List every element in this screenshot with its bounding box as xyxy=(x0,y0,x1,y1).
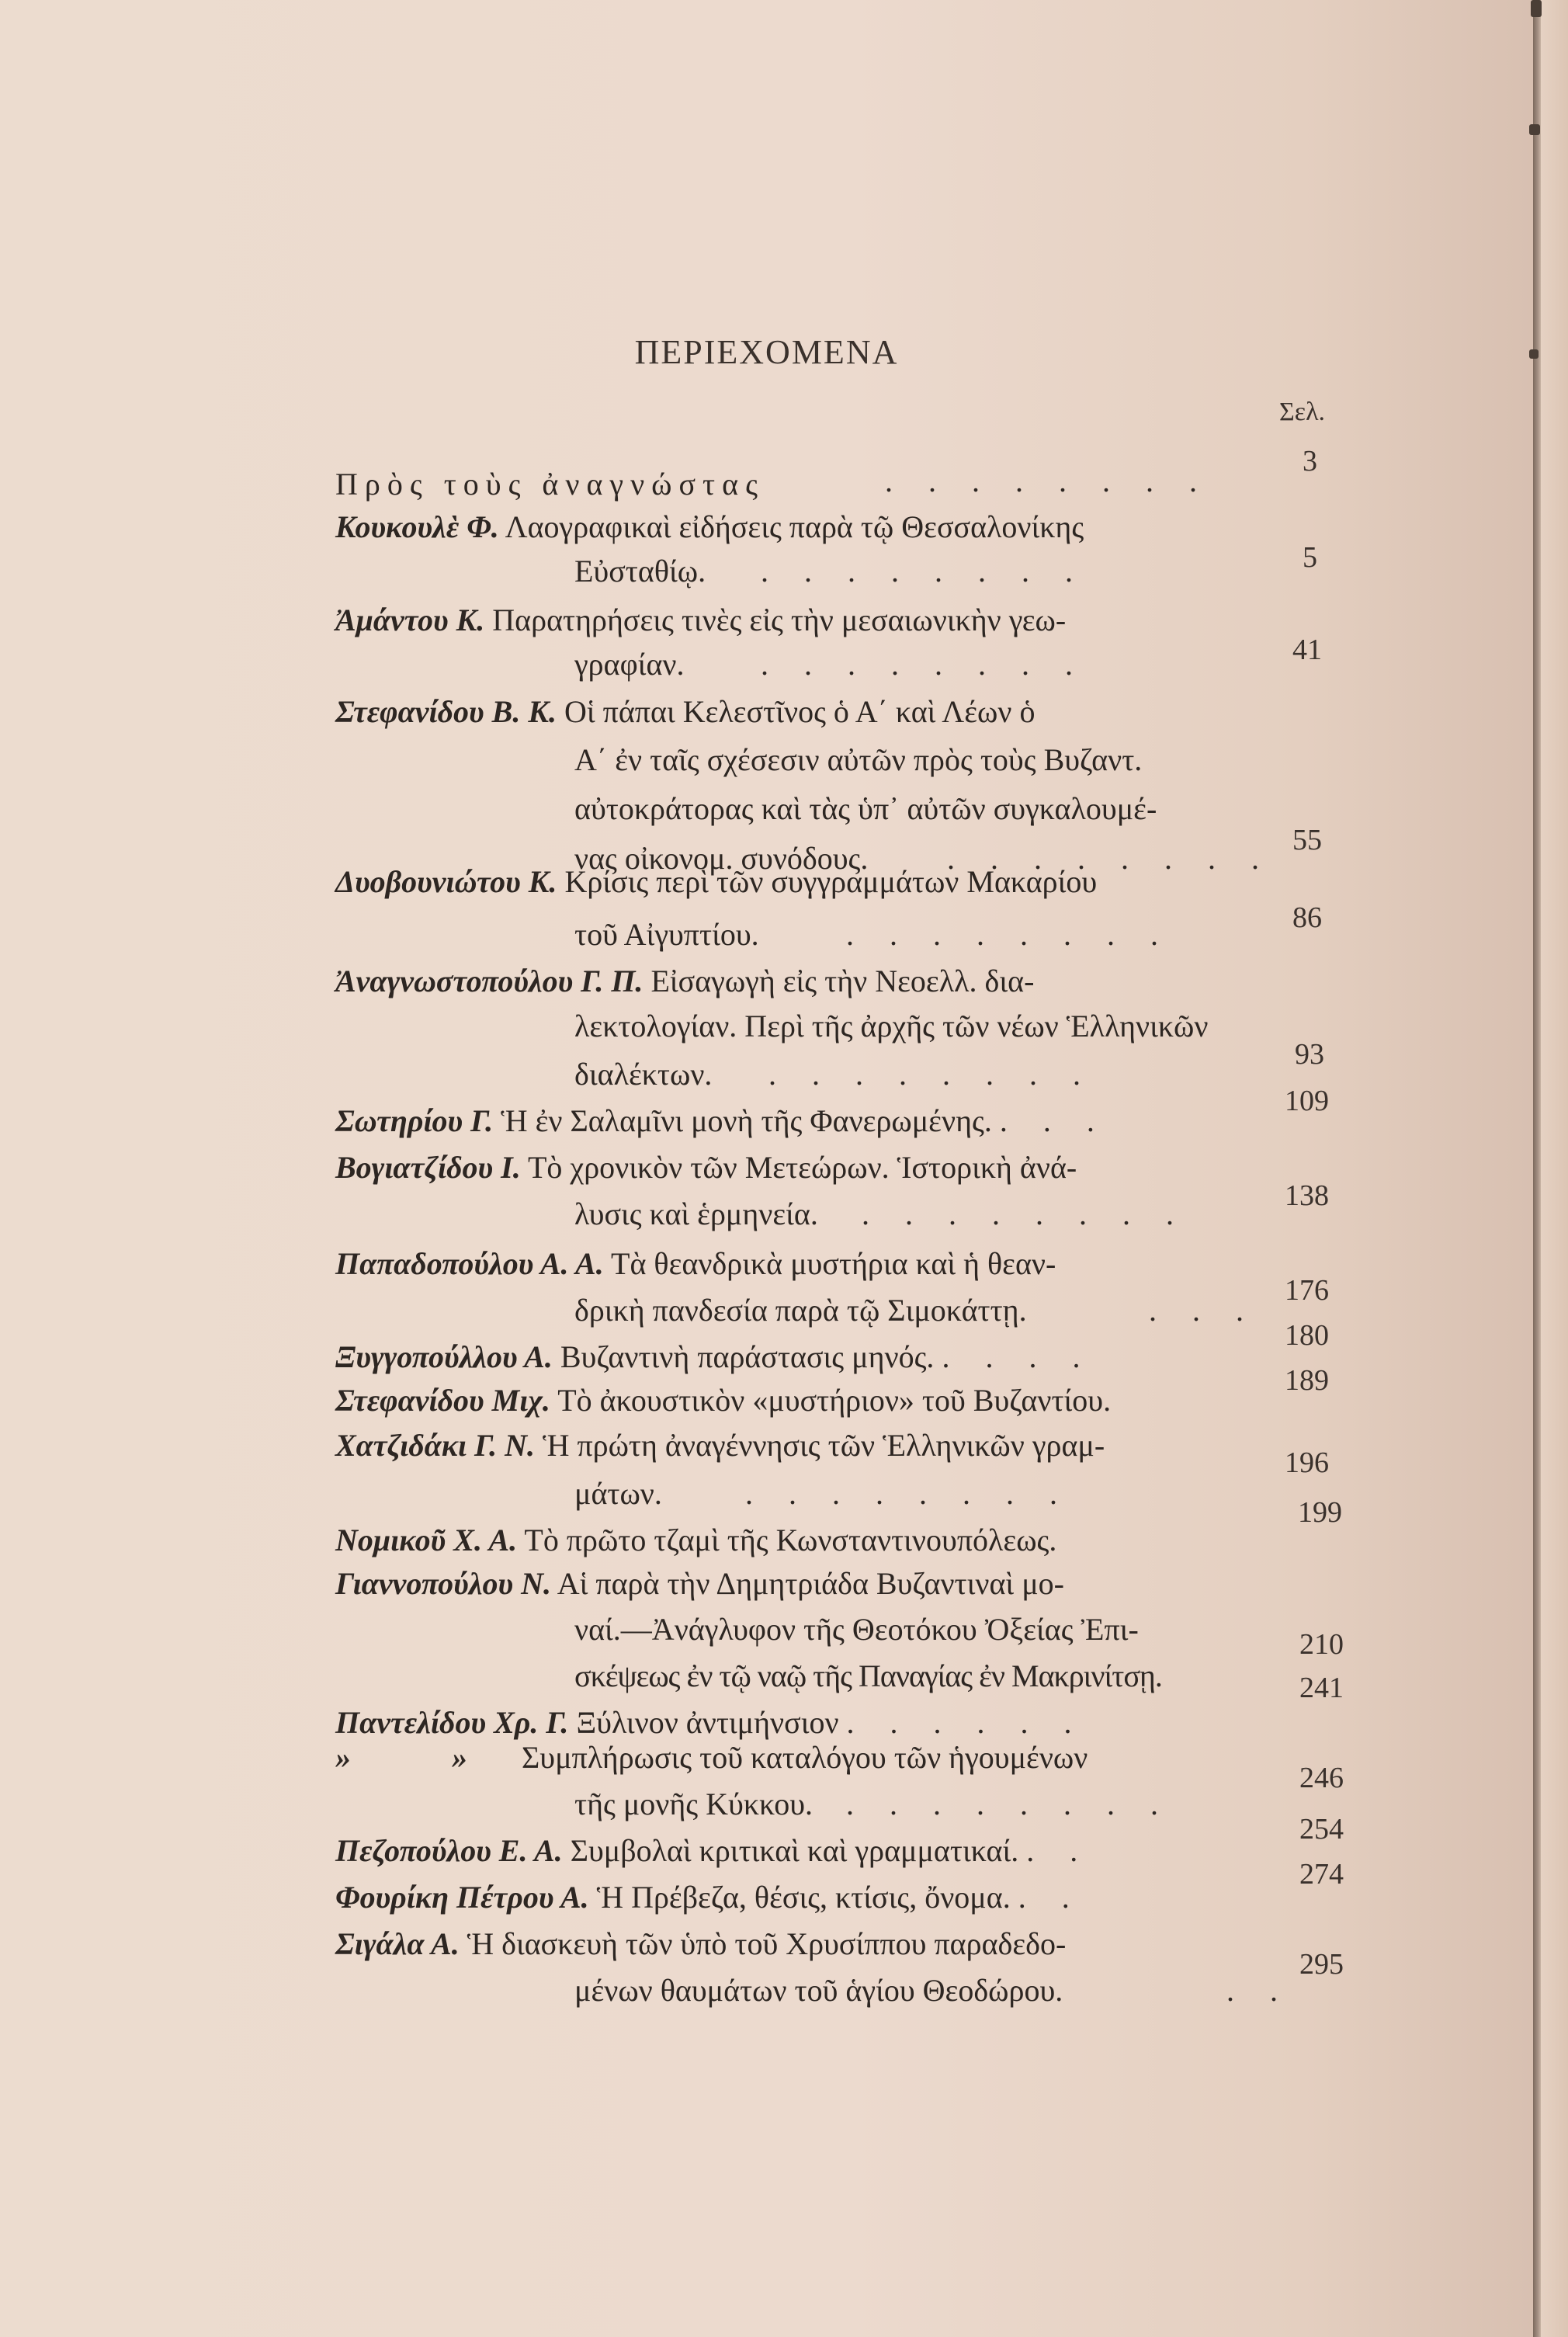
entry-title-continuation: δρικὴ πανδεσία παρὰ τῷ Σιμοκάττῃ. xyxy=(574,1292,1027,1328)
entry-title: Ξύλινον ἀντιμήνσιον xyxy=(576,1705,838,1740)
page-number: 196 xyxy=(1285,1446,1329,1480)
entry-title: Κρίσις περὶ τῶν συγγραμμάτων Μακαρίου xyxy=(564,864,1097,899)
entry-title-continuation: ναί.—Ἀνάγλυφον τῆς Θεοτόκου Ὀξείας Ἐπι- xyxy=(574,1611,1139,1648)
entry-title-continuation: λεκτολογίαν. Περὶ τῆς ἀρχῆς τῶν νέων Ἑλλ… xyxy=(574,1008,1208,1044)
entry-author: Στεφανίδου Β. Κ. xyxy=(335,694,557,729)
entry-title-continuation: διαλέκτων. xyxy=(574,1056,712,1092)
entry-title: Αἱ παρὰ τὴν Δημητριάδα Βυζαντιναὶ μο- xyxy=(557,1566,1064,1601)
entry-author: Βογιατζίδου Ι. xyxy=(335,1150,521,1185)
entry-title: Οἱ πάπαι Κελεστῖνος ὁ Α΄ καὶ Λέων ὁ xyxy=(564,694,1035,729)
toc-entry: Γιαννοπούλου Ν. Αἱ παρὰ τὴν Δημητριάδα Β… xyxy=(335,1565,1064,1602)
toc-entry: Παπαδοπούλου Α. Α. Τὰ θεανδρικὰ μυστήρια… xyxy=(335,1245,1056,1282)
dot-leader: . . . . . . . . xyxy=(846,916,1172,953)
page-number: 274 xyxy=(1299,1857,1344,1891)
entry-title: Εἰσαγωγὴ εἰς τὴν Νεοελλ. δια- xyxy=(650,964,1034,998)
dot-leader: . . xyxy=(1018,1880,1084,1915)
page-number: 86 xyxy=(1292,901,1322,935)
page-number: 189 xyxy=(1285,1363,1329,1398)
toc-entry: Παντελίδου Χρ. Γ. Ξύλινον ἀντιμήνσιον . … xyxy=(335,1704,1086,1741)
toc-entry: Ἀμάντου Κ. Παρατηρήσεις τινὲς εἰς τὴν με… xyxy=(335,602,1066,638)
toc-entry: Κουκουλὲ Φ. Λαογραφικαὶ εἰδήσεις παρὰ τῷ… xyxy=(335,509,1084,545)
entry-title: Τὸ χρονικὸν τῶν Μετεώρων. Ἱστορικὴ ἀνά- xyxy=(528,1150,1077,1185)
page-number: 3 xyxy=(1303,444,1317,478)
dot-leader: . . . . xyxy=(942,1339,1094,1374)
toc-entry: Πεζοπούλου Ε. Α. Συμβολαὶ κριτικαὶ καὶ γ… xyxy=(335,1832,1091,1869)
page-number: 246 xyxy=(1299,1761,1344,1795)
dot-leader: . . xyxy=(1226,1972,1292,2009)
dot-leader: . . . . . . . . xyxy=(846,1786,1172,1822)
entry-title: Τὰ θεανδρικὰ μυστήρια καὶ ἡ θεαν- xyxy=(611,1246,1056,1281)
entry-title: Τὸ πρῶτο τζαμὶ τῆς Κωνσταντινουπόλεως. xyxy=(524,1523,1056,1557)
page-number: 138 xyxy=(1285,1179,1329,1213)
entry-title-continuation: Εὐσταθίῳ. xyxy=(574,553,706,589)
entry-title-continuation: Α΄ ἐν ταῖς σχέσεσιν αὐτῶν πρὸς τοὺς Βυζα… xyxy=(574,741,1142,778)
entry-author: Φουρίκη Πέτρου Α. xyxy=(335,1880,589,1915)
page-number: 55 xyxy=(1292,823,1322,857)
dot-leader: . . xyxy=(1026,1833,1091,1868)
entry-title: Παρατηρήσεις τινὲς εἰς τὴν μεσαιωνικὴν γ… xyxy=(492,602,1066,637)
entry-title-continuation: γραφίαν. xyxy=(574,646,684,682)
entry-author: Γιαννοπούλου Ν. xyxy=(335,1566,551,1601)
toc-entry: Νομικοῦ Χ. Α. Τὸ πρῶτο τζαμὶ τῆς Κωνσταν… xyxy=(335,1522,1056,1558)
page-number: 41 xyxy=(1292,633,1322,667)
toc-entry: Φουρίκη Πέτρου Α. Ἡ Πρέβεζα, θέσις, κτίσ… xyxy=(335,1879,1084,1915)
toc-entry-preface: Πρὸς τοὺς ἀναγνώστας xyxy=(335,466,765,502)
entry-title: Συμβολαὶ κριτικαὶ καὶ γραμματικαί. xyxy=(571,1833,1019,1868)
page-number: 5 xyxy=(1303,540,1317,575)
adjacent-page-edge xyxy=(1541,0,1568,2337)
entry-author: Νομικοῦ Χ. Α. xyxy=(335,1523,517,1557)
binding-mark xyxy=(1531,0,1542,17)
toc-entry: Βογιατζίδου Ι. Τὸ χρονικὸν τῶν Μετεώρων.… xyxy=(335,1149,1077,1186)
entry-author: Σωτηρίου Γ. xyxy=(335,1103,493,1138)
entry-title-continuation: τοῦ Αἰγυπτίου. xyxy=(574,916,759,953)
toc-entry: Σωτηρίου Γ. Ἡ ἐν Σαλαμῖνι μονὴ τῆς Φανερ… xyxy=(335,1103,1108,1139)
dot-leader: . . . xyxy=(1149,1292,1258,1328)
entry-title-continuation: μένων θαυμάτων τοῦ ἁγίου Θεοδώρου. xyxy=(574,1972,1063,2009)
entry-author: Ἀμάντου Κ. xyxy=(335,602,484,637)
page-number: 176 xyxy=(1285,1273,1329,1307)
entry-author: Χατζιδάκι Γ. Ν. xyxy=(335,1428,535,1463)
entry-author: Παντελίδου Χρ. Γ. xyxy=(335,1705,568,1740)
entry-title-continuation: μάτων. xyxy=(574,1475,662,1512)
entry-title: Ἡ διασκευὴ τῶν ὑπὸ τοῦ Χρυσίππου παραδεδ… xyxy=(467,1926,1067,1961)
entry-title-continuation: λυσις καὶ ἑρμηνεία. xyxy=(574,1196,818,1232)
dot-leader: . . . . . . . . xyxy=(745,1475,1071,1512)
toc-entry: Στεφανίδου Μιχ. Τὸ ἀκουστικὸν «μυστήριον… xyxy=(335,1382,1111,1419)
entry-title: Ἡ ἐν Σαλαμῖνι μονὴ τῆς Φανερωμένης. xyxy=(501,1103,992,1138)
dot-leader: . . . . . . . . xyxy=(768,1056,1094,1092)
entry-author: Στεφανίδου Μιχ. xyxy=(335,1383,550,1418)
dot-leader: . . . . . . xyxy=(847,1705,1086,1740)
toc-entry: Ξυγγοπούλλου Α. Βυζαντινὴ παράστασις μην… xyxy=(335,1339,1094,1375)
dot-leader: . . . . . . . . xyxy=(761,553,1087,589)
toc-entry: Δυοβουνιώτου Κ. Κρίσις περὶ τῶν συγγραμμ… xyxy=(335,863,1097,900)
page-number: 295 xyxy=(1299,1947,1344,1981)
dot-leader: . . . . . . . . xyxy=(885,463,1211,499)
toc-entry: Ἀναγνωστοπούλου Γ. Π. Εἰσαγωγὴ εἰς τὴν Ν… xyxy=(335,963,1034,999)
entry-author: Ξυγγοπούλλου Α. xyxy=(335,1339,553,1374)
entry-title: Ἡ Πρέβεζα, θέσις, κτίσις, ὄνομα. xyxy=(597,1880,1011,1915)
page-number: 109 xyxy=(1285,1084,1329,1118)
page-title: ΠΕΡΙΕΧΟΜΕΝΑ xyxy=(0,332,1533,372)
entry-author: » » xyxy=(335,1740,514,1775)
entry-title: Συμπλήρωσις τοῦ καταλόγου τῶν ἡγουμένων xyxy=(522,1740,1088,1775)
entry-title-continuation: τῆς μονῆς Κύκκου. xyxy=(574,1786,813,1822)
dot-leader: . . . xyxy=(1000,1103,1108,1138)
entry-author: Ἀναγνωστοπούλου Γ. Π. xyxy=(335,964,643,998)
entry-title: Τὸ ἀκουστικὸν «μυστήριον» τοῦ Βυζαντίου. xyxy=(557,1383,1111,1418)
page-number: 93 xyxy=(1295,1037,1324,1071)
binding-mark xyxy=(1529,124,1540,135)
entry-title-continuation: αὐτοκράτορας καὶ τὰς ὑπ᾽ αὐτῶν συγκαλουμ… xyxy=(574,790,1157,827)
entry-author: Πεζοπούλου Ε. Α. xyxy=(335,1833,563,1868)
dot-leader: . . . . . . . . xyxy=(761,646,1087,682)
entry-author: Δυοβουνιώτου Κ. xyxy=(335,864,557,899)
page-number: 180 xyxy=(1285,1318,1329,1353)
toc-entry: Χατζιδάκι Γ. Ν. Ἡ πρώτη ἀναγέννησις τῶν … xyxy=(335,1427,1105,1464)
page-column-header: Σελ. xyxy=(1279,398,1325,427)
entry-title: Βυζαντινὴ παράστασις μηνός. xyxy=(560,1339,935,1374)
toc-entry: » » Συμπλήρωσις τοῦ καταλόγου τῶν ἡγουμέ… xyxy=(335,1739,1088,1776)
entry-author: Σιγάλα Α. xyxy=(335,1926,460,1961)
page-number: 199 xyxy=(1298,1495,1342,1530)
page-number: 241 xyxy=(1299,1671,1344,1705)
toc-entry: Σιγάλα Α. Ἡ διασκευὴ τῶν ὑπὸ τοῦ Χρυσίππ… xyxy=(335,1926,1066,1962)
entry-author: Κουκουλὲ Φ. xyxy=(335,509,499,544)
dot-leader: . . . . . . . . xyxy=(862,1196,1188,1232)
toc-entry: Στεφανίδου Β. Κ. Οἱ πάπαι Κελεστῖνος ὁ Α… xyxy=(335,693,1035,730)
entry-title: Λαογραφικαὶ εἰδήσεις παρὰ τῷ Θεσσαλονίκη… xyxy=(505,509,1084,544)
entry-title: Ἡ πρώτη ἀναγέννησις τῶν Ἑλληνικῶν γραμ- xyxy=(543,1428,1105,1463)
entry-author: Παπαδοπούλου Α. Α. xyxy=(335,1246,604,1281)
entry-title-continuation: σκέψεως ἐν τῷ ναῷ τῆς Παναγίας ἐν Μακριν… xyxy=(574,1658,1162,1694)
page-number: 254 xyxy=(1299,1812,1344,1846)
page-number: 210 xyxy=(1299,1627,1344,1662)
